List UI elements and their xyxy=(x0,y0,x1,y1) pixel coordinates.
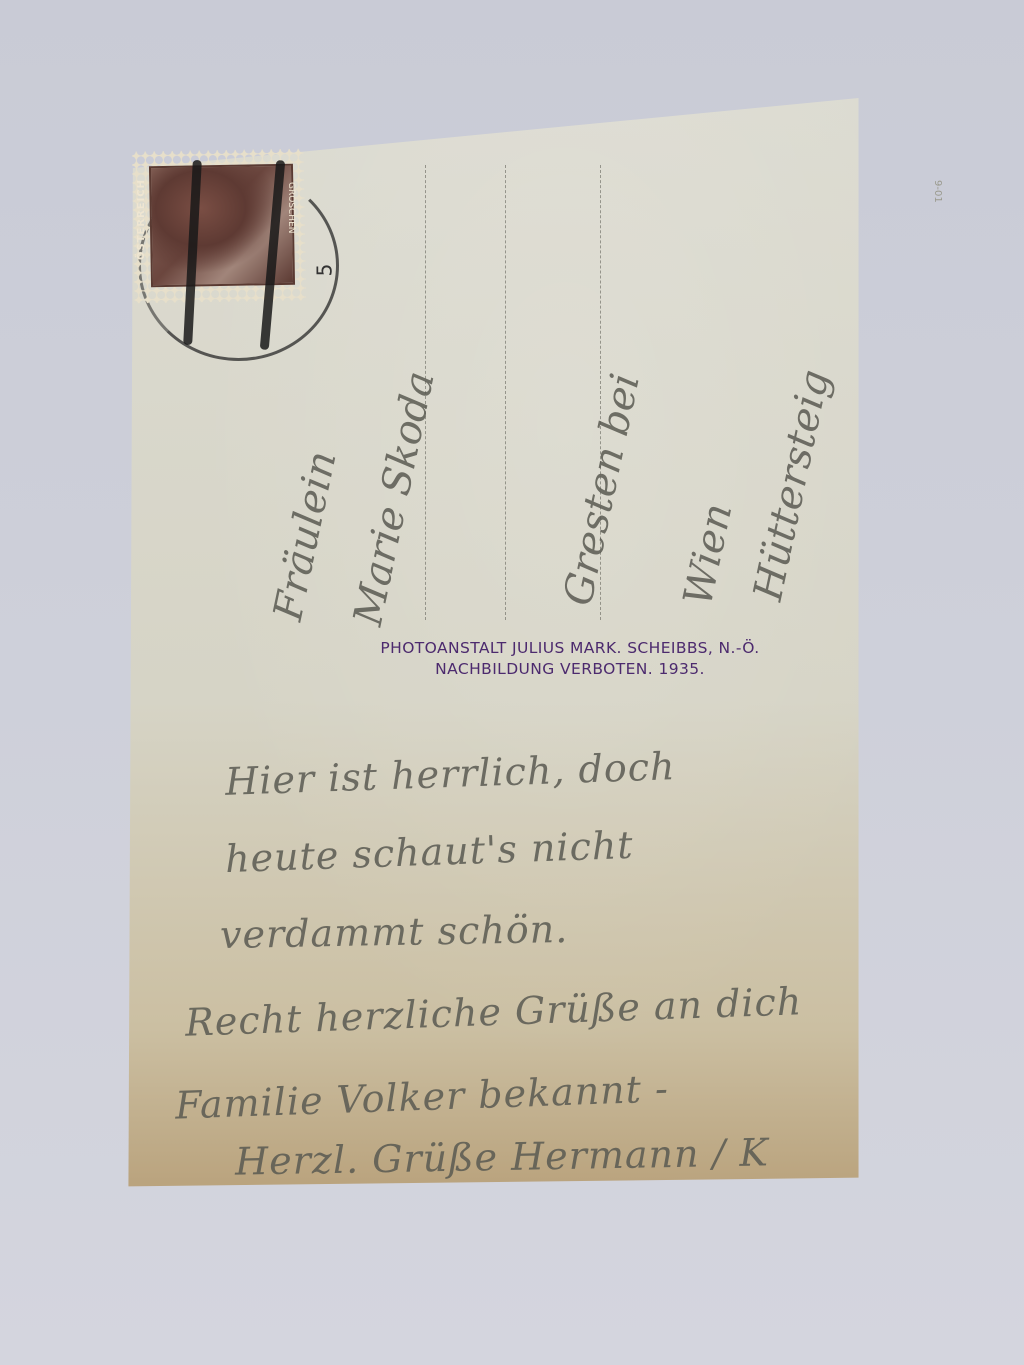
publisher-imprint: PHOTOANSTALT JULIUS MARK. SCHEIBBS, N.-Ö… xyxy=(300,638,840,680)
stamp-value-label: GROSCHEN xyxy=(286,182,296,234)
stamp-country-label: ÖSTERREICH xyxy=(136,140,147,260)
imprint-line-1: PHOTOANSTALT JULIUS MARK. SCHEIBBS, N.-Ö… xyxy=(300,638,840,659)
message-line-6: Herzl. Grüße Hermann / K xyxy=(235,1130,770,1183)
message-line-3: verdammt schön. xyxy=(220,907,569,957)
card-code: 9-01 xyxy=(932,180,943,203)
address-divider-2 xyxy=(505,165,506,620)
imprint-line-2: NACHBILDUNG VERBOTEN. 1935. xyxy=(300,659,840,680)
postmark-digit: 5 xyxy=(312,264,336,277)
